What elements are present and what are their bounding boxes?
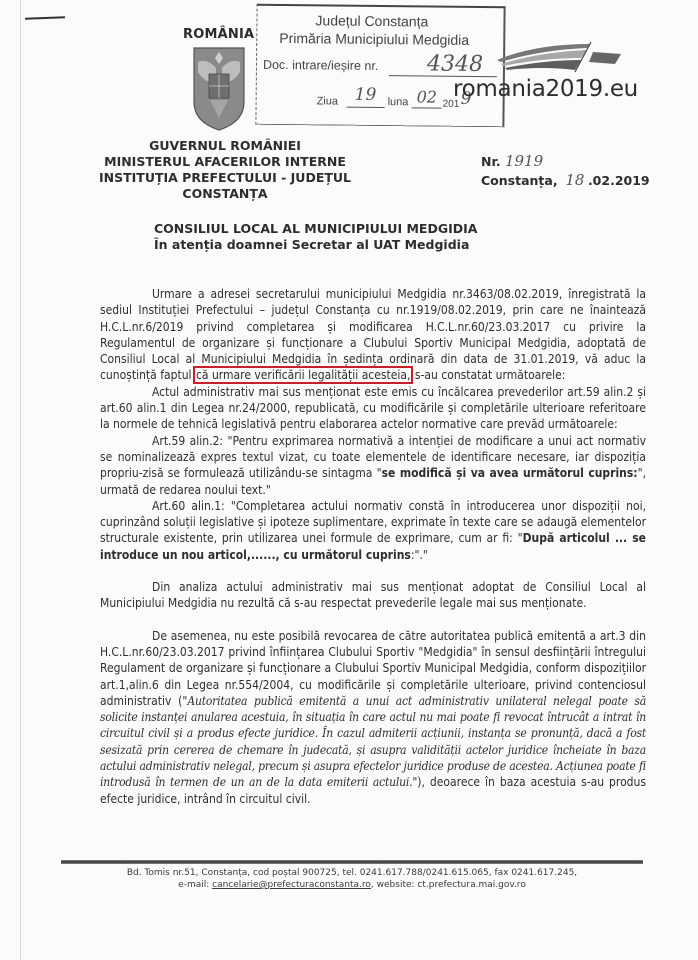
institution-ministry: MINISTERUL AFACERILOR INTERNE [70,154,380,170]
reference-nr-label: Nr. [481,154,501,169]
reference-date-rest: .02.2019 [588,173,650,188]
romania2019-brand-text: romania2019.eu [453,76,638,102]
paragraph-intro: Urmare a adresei secretarului municipiul… [100,286,646,384]
addressee-attention: În atenția doamnei Secretar al UAT Medgi… [154,237,477,253]
stamp-day-label: Ziua [317,95,339,107]
paragraph-revocation: De asemenea, nu este posibilă revocarea … [100,628,646,807]
paragraph-analysis: Din analiza actului administrativ mai su… [100,579,646,612]
paragraph-violation: Actul administrativ mai sus menționat es… [100,384,646,433]
romanian-coat-of-arms-icon [190,44,248,132]
reference-nr-value: 1919 [505,152,543,170]
letter-body: Urmare a adresei secretarului municipiul… [100,286,646,807]
stamp-day: 19 [355,85,377,105]
romania2019-flag-swoosh-icon [495,38,625,74]
registration-stamp: Județul Constanța Primăria Municipiului … [255,4,505,128]
stamp-month-label: luna [388,96,409,108]
addressee: CONSILIUL LOCAL AL MUNICIPIULUI MEDGIDIA… [154,221,477,253]
footer-email-link[interactable]: cancelarie@prefecturaconstanta.ro [212,880,371,890]
reference-city: Constanța, [481,173,558,188]
institution-government: GUVERNUL ROMÂNIEI [70,138,380,154]
stamp-doc-label: Doc. intrare/ieșire nr. [263,58,378,73]
reference-day: 18 [562,171,588,189]
reference-number-block: Nr. 1919 Constanța, 18.02.2019 [481,152,650,190]
issuing-institution: GUVERNUL ROMÂNIEI MINISTERUL AFACERILOR … [70,138,380,202]
addressee-council: CONSILIUL LOCAL AL MUNICIPIULUI MEDGIDIA [154,221,477,237]
footer-website: ct.prefectura.mai.gov.ro [417,880,525,890]
pen-mark [25,16,65,19]
stamp-doc-number: 4348 [427,51,483,77]
institution-prefecture: INSTITUȚIA PREFECTULUI - JUDEȚUL CONSTAN… [70,170,380,202]
stamp-month: 02 [417,87,438,106]
country-label: ROMÂNIA [183,27,254,42]
footer-contact: Bd. Tomis nr.51, Constanța, cod poștal 9… [61,867,643,891]
paragraph-art59: Art.59 alin.2: "Pentru exprimarea normat… [100,433,646,498]
footer-divider [61,860,643,864]
stamp-county: Județul Constanța [315,12,428,29]
scanned-document-page: ROMÂNIA Județul Constanța Primăria Munic… [0,0,698,960]
footer-address: Bd. Tomis nr.51, Constanța, cod poștal 9… [61,867,643,879]
page-edge-shadow [20,0,21,960]
paragraph-art60: Art.60 alin.1: "Completarea actului norm… [100,498,646,563]
highlighted-phrase: că urmare verificării legalității aceste… [195,368,411,382]
stamp-city-hall: Primăria Municipiului Medgidia [279,30,469,48]
